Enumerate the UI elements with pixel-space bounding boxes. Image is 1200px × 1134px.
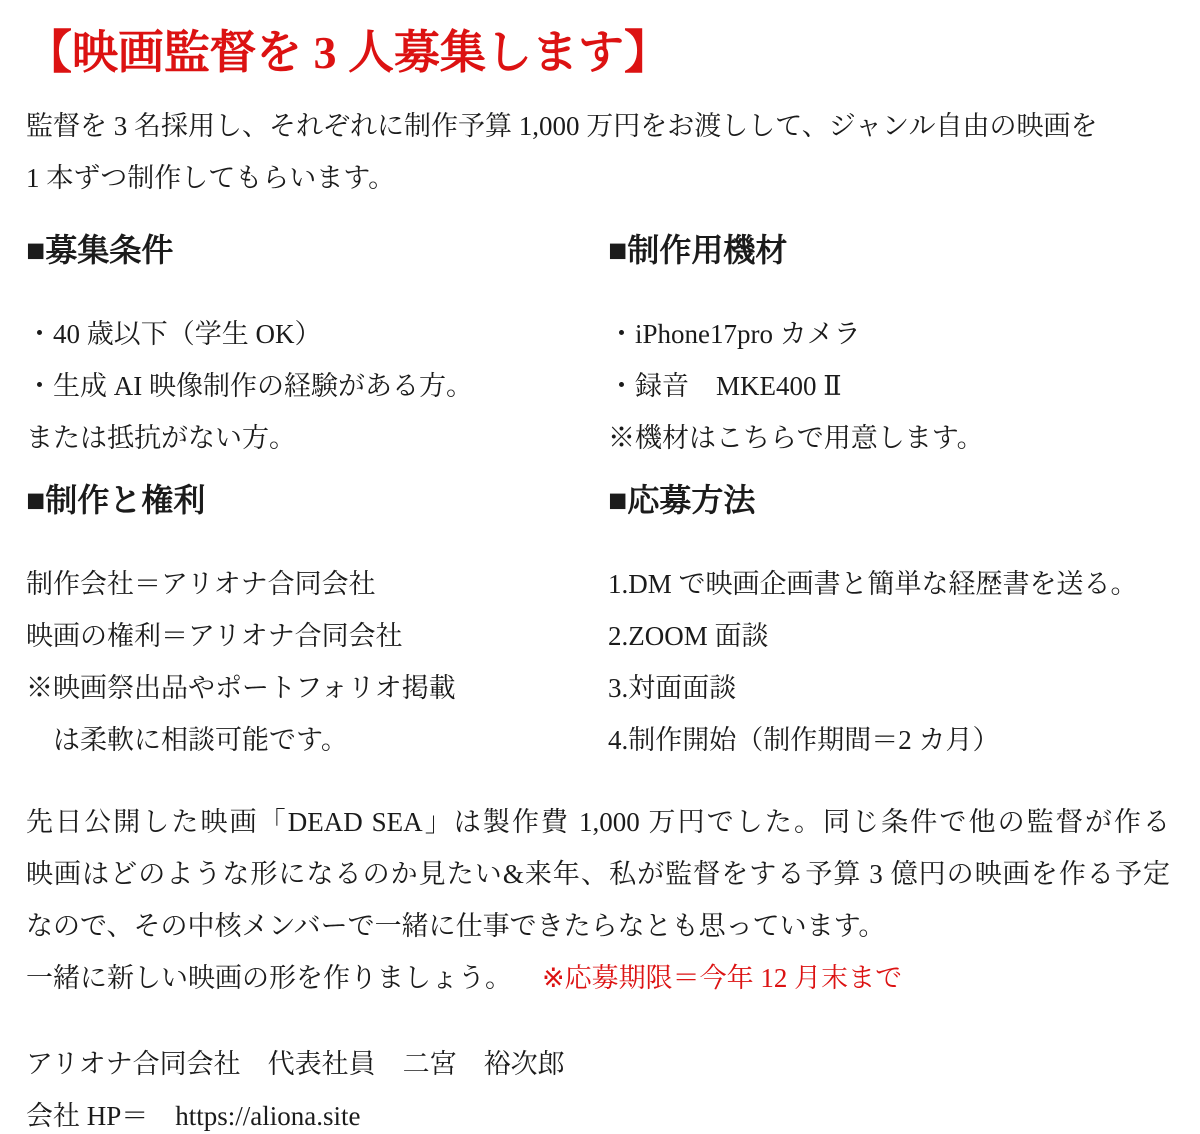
recruitment-notice-document: 【映画監督を 3 人募集します】 監督を 3 名採用し、それぞれに制作予算 1,…	[0, 0, 1200, 1134]
equipment-line: ・録音 MKE400 Ⅱ	[608, 360, 1170, 412]
section-body: ・iPhone17pro カメラ ・録音 MKE400 Ⅱ ※機材はこちらで用意…	[608, 308, 1170, 464]
rights-line: 映画の権利＝アリオナ合同会社	[26, 610, 608, 662]
closing-line: 映画はどのような形になるのか見たい&来年、私が監督をする予算 3 億円の映画を作…	[26, 848, 1170, 900]
closing-paragraph: 先日公開した映画「DEAD SEA」は製作費 1,000 万円でした。同じ条件で…	[26, 796, 1170, 1004]
apply-step-line: 4.制作開始（制作期間＝2 カ月）	[608, 714, 1170, 766]
equipment-line: ※機材はこちらで用意します。	[608, 412, 1170, 464]
closing-line: 先日公開した映画「DEAD SEA」は製作費 1,000 万円でした。同じ条件で…	[26, 796, 1170, 848]
condition-line: ・生成 AI 映像制作の経験がある方。	[26, 360, 608, 412]
sections-grid: ■募集条件 ・40 歳以下（学生 OK） ・生成 AI 映像制作の経験がある方。…	[26, 228, 1170, 766]
section-recruit-conditions: ■募集条件 ・40 歳以下（学生 OK） ・生成 AI 映像制作の経験がある方。…	[26, 228, 608, 464]
signature-block: アリオナ合同会社 代表社員 二宮 裕次郎 会社 HP＝ https://alio…	[26, 1038, 1170, 1134]
intro-line: 1 本ずつ制作してもらいます。	[26, 152, 1170, 204]
section-how-to-apply: ■応募方法 1.DM で映画企画書と簡単な経歴書を送る。 2.ZOOM 面談 3…	[608, 478, 1170, 766]
section-production-and-rights: ■制作と権利 制作会社＝アリオナ合同会社 映画の権利＝アリオナ合同会社 ※映画祭…	[26, 478, 608, 766]
section-heading: ■応募方法	[608, 478, 1170, 522]
closing-line: なので、その中核メンバーで一緒に仕事できたらなとも思っています。	[26, 900, 1170, 952]
intro-line: 監督を 3 名採用し、それぞれに制作予算 1,000 万円をお渡しして、ジャンル…	[26, 100, 1170, 152]
apply-step-line: 2.ZOOM 面談	[608, 610, 1170, 662]
rights-line: 制作会社＝アリオナ合同会社	[26, 558, 608, 610]
closing-call-to-action: 一緒に新しい映画の形を作りましょう。	[26, 963, 512, 993]
condition-line: ・40 歳以下（学生 OK）	[26, 308, 608, 360]
section-body: 1.DM で映画企画書と簡単な経歴書を送る。 2.ZOOM 面談 3.対面面談 …	[608, 558, 1170, 766]
condition-line: または抵抗がない方。	[26, 412, 608, 464]
rights-line: ※映画祭出品やポートフォリオ掲載	[26, 662, 608, 714]
section-heading: ■制作用機材	[608, 228, 1170, 272]
page-title: 【映画監督を 3 人募集します】	[26, 0, 1170, 84]
section-heading: ■募集条件	[26, 228, 608, 272]
apply-step-line: 1.DM で映画企画書と簡単な経歴書を送る。	[608, 558, 1170, 610]
company-signature: アリオナ合同会社 代表社員 二宮 裕次郎	[26, 1038, 1170, 1090]
company-website-line: 会社 HP＝ https://aliona.site	[26, 1090, 1170, 1134]
apply-step-line: 3.対面面談	[608, 662, 1170, 714]
intro-paragraph: 監督を 3 名採用し、それぞれに制作予算 1,000 万円をお渡しして、ジャンル…	[26, 100, 1170, 204]
equipment-line: ・iPhone17pro カメラ	[608, 308, 1170, 360]
rights-line: は柔軟に相談可能です。	[26, 714, 608, 766]
section-production-equipment: ■制作用機材 ・iPhone17pro カメラ ・録音 MKE400 Ⅱ ※機材…	[608, 228, 1170, 464]
closing-final-line: 一緒に新しい映画の形を作りましょう。※応募期限＝今年 12 月末まで	[26, 952, 1170, 1004]
application-deadline-note: ※応募期限＝今年 12 月末まで	[542, 963, 902, 993]
section-heading: ■制作と権利	[26, 478, 608, 522]
section-body: 制作会社＝アリオナ合同会社 映画の権利＝アリオナ合同会社 ※映画祭出品やポートフ…	[26, 558, 608, 766]
section-body: ・40 歳以下（学生 OK） ・生成 AI 映像制作の経験がある方。 または抵抗…	[26, 308, 608, 464]
